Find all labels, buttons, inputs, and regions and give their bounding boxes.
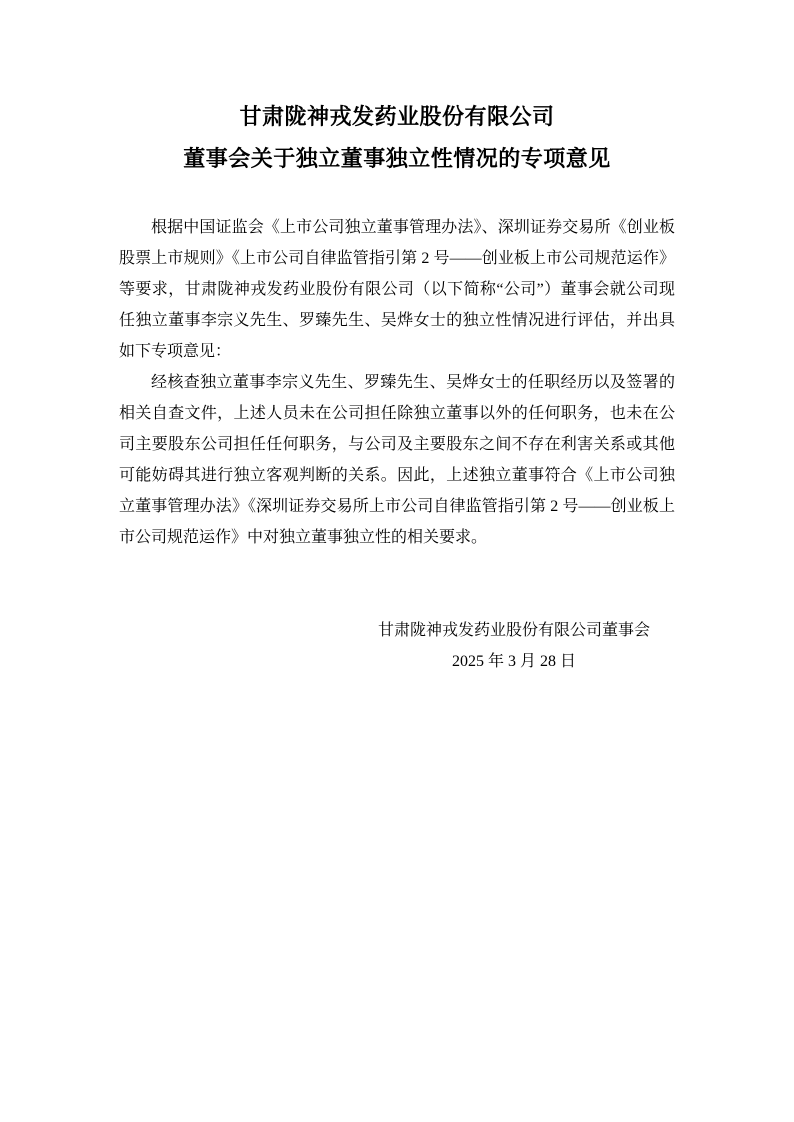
signature-date: 2025 年 3 月 28 日 (378, 646, 650, 677)
document-body: 根据中国证监会《上市公司独立董事管理办法》、深圳证券交易所《创业板股票上市规则》… (119, 212, 675, 553)
signature-block: 甘肃陇神戎发药业股份有限公司董事会 2025 年 3 月 28 日 (119, 615, 675, 677)
signature-company: 甘肃陇神戎发药业股份有限公司董事会 (378, 615, 650, 646)
paragraph-opinion: 经核查独立董事李宗义先生、罗臻先生、吴烨女士的任职经历以及签署的相关自查文件，上… (119, 367, 675, 553)
paragraph-basis: 根据中国证监会《上市公司独立董事管理办法》、深圳证券交易所《创业板股票上市规则》… (119, 212, 675, 367)
document-title-subject: 董事会关于独立董事独立性情况的专项意见 (119, 138, 675, 180)
signature-inner: 甘肃陇神戎发药业股份有限公司董事会 2025 年 3 月 28 日 (378, 615, 650, 677)
document-title-company: 甘肃陇神戎发药业股份有限公司 (119, 96, 675, 138)
document-page: 甘肃陇神戎发药业股份有限公司 董事会关于独立董事独立性情况的专项意见 根据中国证… (0, 0, 794, 1122)
